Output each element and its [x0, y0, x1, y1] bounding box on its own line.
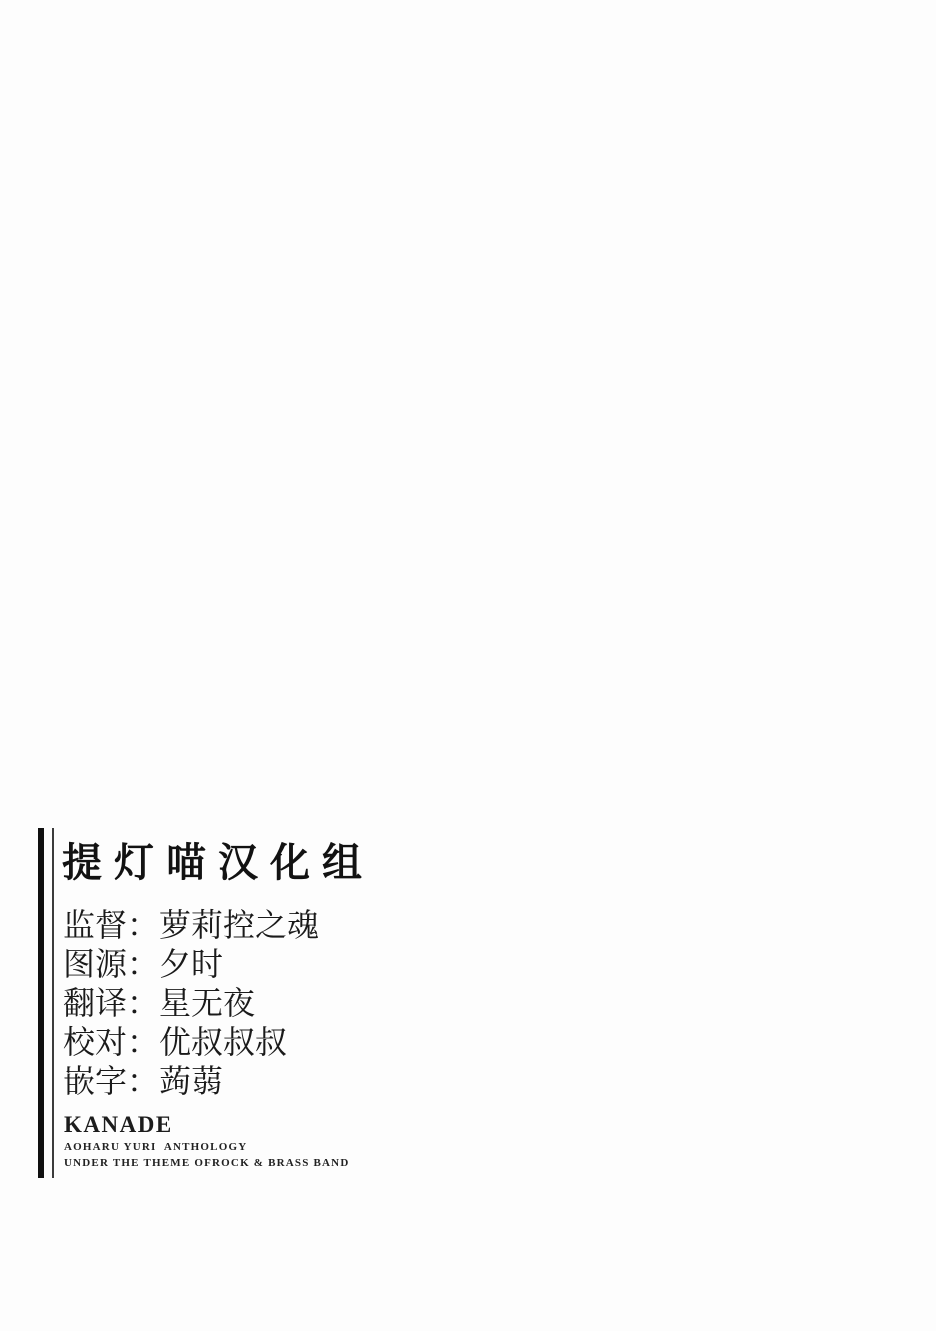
credit-row-supervisor: 监督：萝莉控之魂 [63, 906, 319, 945]
credit-name: 蒟蒻 [159, 1063, 223, 1099]
credit-name: 萝莉控之魂 [159, 907, 319, 943]
credit-role: 校对 [63, 1024, 127, 1060]
credit-name: 优叔叔叔 [159, 1024, 287, 1060]
series-subtitle-line2: UNDER THE THEME OFROCK & BRASS BAND [64, 1157, 349, 1169]
credit-role: 监督 [63, 907, 127, 943]
series-subtitle-line1: AOHARU YURI ANTHOLOGY [64, 1141, 247, 1153]
credit-name: 星无夜 [159, 985, 255, 1021]
credit-role: 翻译 [63, 985, 127, 1021]
credit-role: 图源 [63, 946, 127, 982]
credit-separator: ： [127, 985, 159, 1021]
left-accent-bar-thick [38, 828, 44, 1178]
credit-separator: ： [127, 1024, 159, 1060]
credit-name: 夕时 [159, 946, 223, 982]
credit-row-translation: 翻译：星无夜 [63, 984, 319, 1023]
series-title: KANADE [64, 1112, 173, 1138]
credit-row-raws: 图源：夕时 [63, 945, 319, 984]
credit-separator: ： [127, 946, 159, 982]
credit-row-typesetting: 嵌字：蒟蒻 [63, 1062, 319, 1101]
credits-page: 提灯喵汉化组 监督：萝莉控之魂 图源：夕时 翻译：星无夜 校对：优叔叔叔 嵌字：… [0, 0, 936, 1331]
credit-row-proofreading: 校对：优叔叔叔 [63, 1023, 319, 1062]
credit-separator: ： [127, 907, 159, 943]
scanlation-group-title: 提灯喵汉化组 [62, 840, 374, 886]
credit-separator: ： [127, 1063, 159, 1099]
credit-list: 监督：萝莉控之魂 图源：夕时 翻译：星无夜 校对：优叔叔叔 嵌字：蒟蒻 [63, 906, 319, 1101]
left-accent-bar-thin [52, 828, 54, 1178]
credit-role: 嵌字 [63, 1063, 127, 1099]
